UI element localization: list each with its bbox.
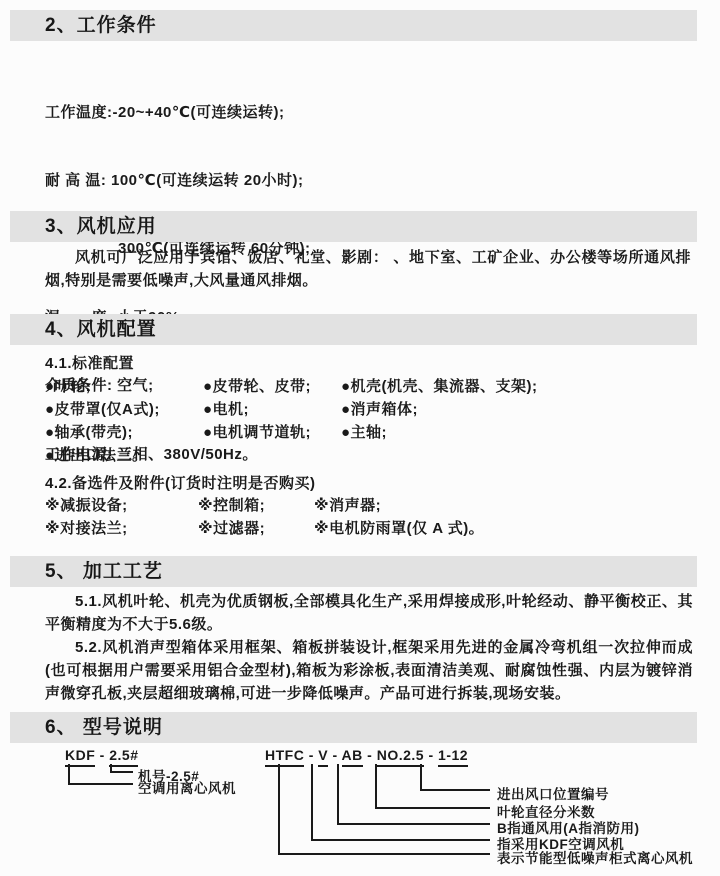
connector-line <box>337 764 339 825</box>
connector-line <box>110 771 133 773</box>
model-code-kdf: KDF - 2.5# <box>65 747 138 763</box>
section-heading-process: 5、 加工工艺 <box>10 556 697 587</box>
model-part-size: 2.5# <box>109 747 138 767</box>
connector-line <box>278 764 280 855</box>
standard-config-grid: ●叶轮; ●皮带轮、皮带; ●机壳(机壳、集流器、支架); ●皮带罩(仅A式);… <box>45 375 695 467</box>
standard-item: ●皮带罩(仅A式); <box>45 398 203 421</box>
standard-item: ●电机调节道轨; <box>203 421 341 444</box>
connector-line <box>311 764 313 841</box>
model-label-outlet-position: 进出风口位置编号 <box>497 783 609 803</box>
optional-item: ※消声器; <box>314 494 695 517</box>
section-bar-application: 3、风机应用 <box>10 211 697 242</box>
optional-item: ※对接法兰; <box>45 517 198 540</box>
model-separator: - <box>424 747 438 763</box>
standard-item: ●电机; <box>203 398 341 421</box>
section-bar-configuration: 4、风机配置 <box>10 314 697 345</box>
section-bar-work-conditions: 2、工作条件 <box>10 10 697 41</box>
process-paragraph-1: 5.1.风机叶轮、机壳为优质钢板,全部模具化生产,采用焊接成形,叶轮经动、静平衡… <box>45 590 693 636</box>
work-condition-temperature: 工作温度:-20~+40℃(可连续运转); <box>45 102 311 125</box>
model-separator: - <box>304 747 318 763</box>
document-page: { "page": { "background": "#fcfcfc", "ba… <box>0 0 720 876</box>
connector-line <box>311 839 490 841</box>
optional-config-grid: ※减振设备; ※控制箱; ※消声器; ※对接法兰; ※过滤器; ※电机防雨罩(仅… <box>45 494 695 540</box>
optional-config-title: 4.2.备选件及附件(订货时注明是否购买) <box>45 472 316 493</box>
optional-item: ※控制箱; <box>198 494 314 517</box>
connector-line <box>337 823 490 825</box>
model-separator: - <box>95 747 109 763</box>
standard-item: ●叶轮; <box>45 375 203 398</box>
model-part-ab: AB <box>342 747 363 767</box>
standard-item: ●进出口法兰。 <box>45 444 203 467</box>
model-label-energy-saving: 表示节能型低噪声柜式离心风机 <box>497 847 693 867</box>
model-part-position: 1-12 <box>438 747 468 767</box>
model-separator: - <box>328 747 341 763</box>
connector-line <box>420 789 490 791</box>
model-separator: - <box>363 747 377 763</box>
model-label-fan-type: 空调用离心风机 <box>138 777 236 797</box>
model-part-v: V <box>318 747 328 767</box>
section-heading-configuration: 4、风机配置 <box>10 314 697 345</box>
standard-item: ●机壳(机壳、集流器、支架); <box>341 375 695 398</box>
optional-item: ※减振设备; <box>45 494 198 517</box>
application-paragraph: 风机可广泛应用于宾馆、饭店、礼堂、影剧： 、地下室、工矿企业、办公楼等场所通风排… <box>45 246 691 292</box>
standard-item: ●轴承(带壳); <box>45 421 203 444</box>
connector-line <box>278 853 490 855</box>
connector-line <box>68 764 70 785</box>
model-part-htfc: HTFC <box>265 747 304 767</box>
process-paragraphs: 5.1.风机叶轮、机壳为优质钢板,全部模具化生产,采用焊接成形,叶轮经动、静平衡… <box>45 590 693 705</box>
section-bar-process: 5、 加工工艺 <box>10 556 697 587</box>
standard-item: ●皮带轮、皮带; <box>203 375 341 398</box>
optional-item: ※电机防雨罩(仅 A 式)。 <box>314 517 695 540</box>
model-code-htfc: HTFC - V - AB - NO.2.5 - 1-12 <box>265 747 468 763</box>
optional-item: ※过滤器; <box>198 517 314 540</box>
section-bar-model: 6、 型号说明 <box>10 712 697 743</box>
connector-line <box>68 783 133 785</box>
model-part-no: NO.2.5 <box>377 747 424 767</box>
section-heading-application: 3、风机应用 <box>10 211 697 242</box>
section-heading-work-conditions: 2、工作条件 <box>10 10 697 41</box>
standard-item: ●消声箱体; <box>341 398 695 421</box>
connector-line <box>420 764 422 791</box>
section-heading-model: 6、 型号说明 <box>10 712 697 743</box>
connector-line <box>375 807 490 809</box>
connector-line <box>375 764 377 809</box>
process-paragraph-2: 5.2.风机消声型箱体采用框架、箱板拼装设计,框架采用先进的金属冷弯机组一次拉伸… <box>45 636 693 705</box>
work-condition-heat-resist: 耐 高 温: 100℃(可连续运转 20小时); <box>45 170 311 193</box>
standard-config-title: 4.1.标准配置 <box>45 352 134 373</box>
standard-item: ●主轴; <box>341 421 695 444</box>
